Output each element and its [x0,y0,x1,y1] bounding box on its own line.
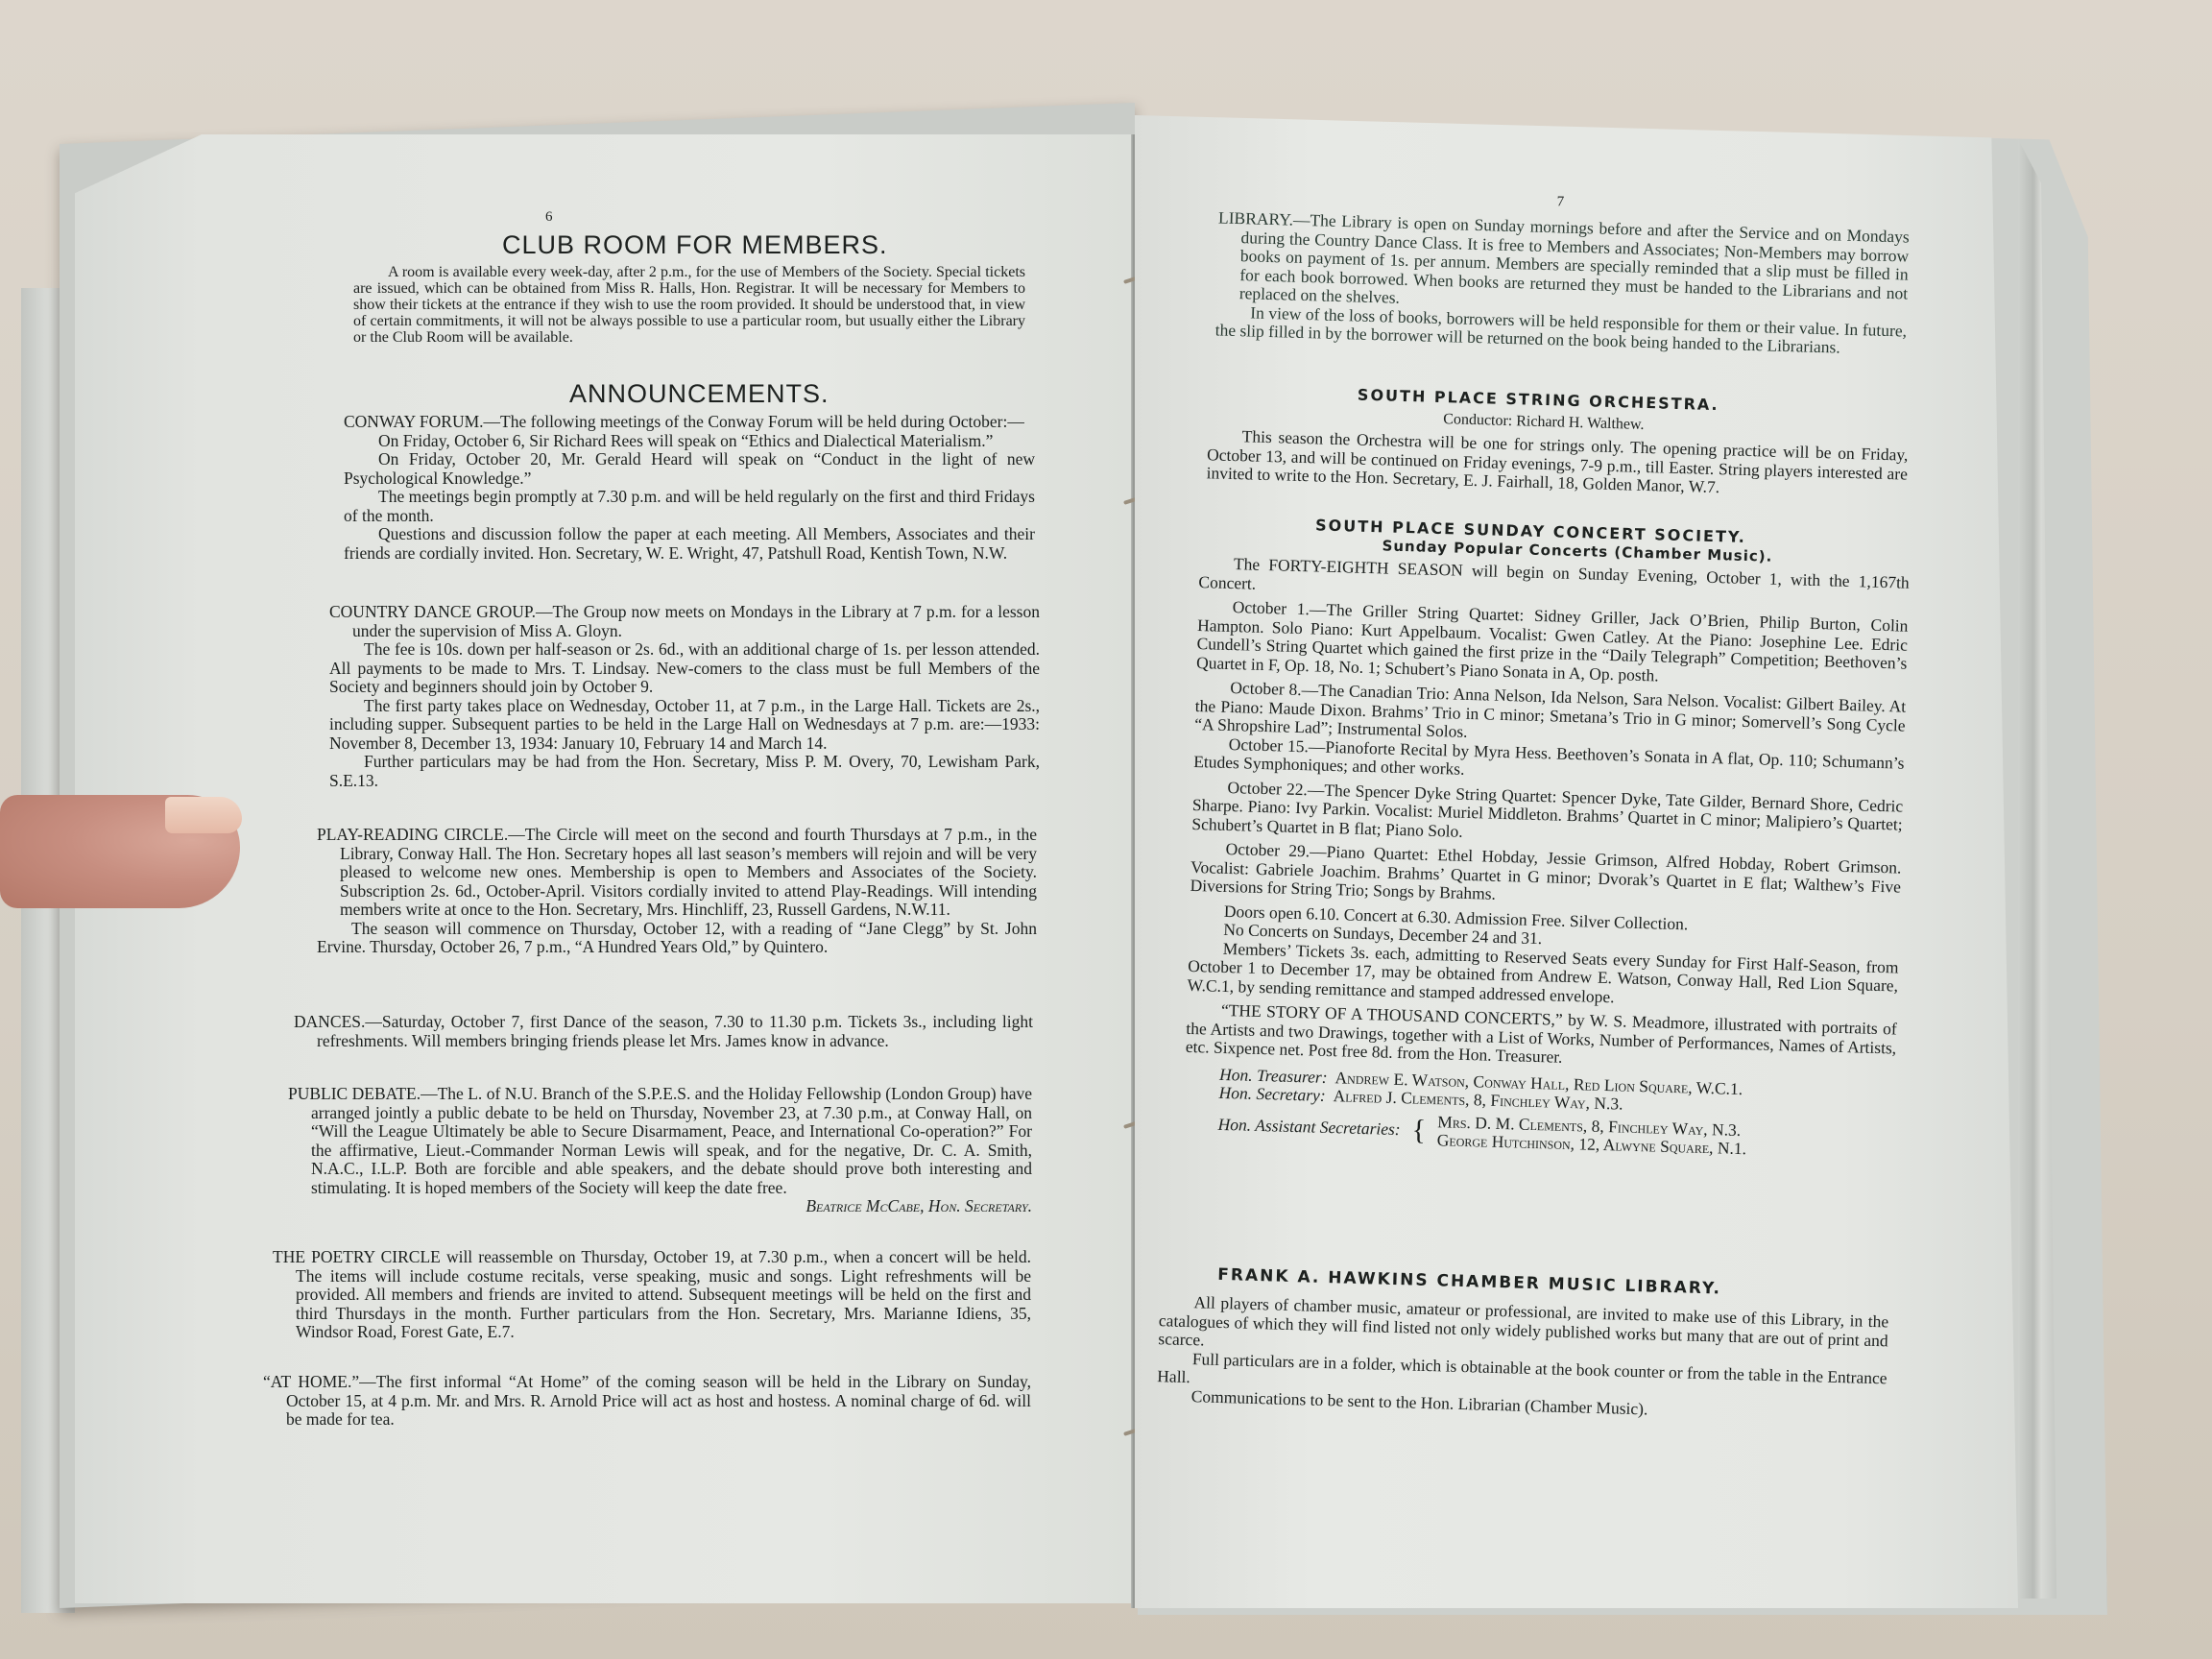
orchestra-conductor: Conductor: Richard H. Walthew. [1443,410,1645,434]
announcement-poetry-circle: THE POETRY CIRCLE will reassemble on Thu… [273,1248,1031,1342]
announcement-conway-forum: CONWAY FORUM.—The following meetings of … [344,413,1035,563]
hawkins-library-heading: FRANK A. HAWKINS CHAMBER MUSIC LIBRARY. [1217,1265,1721,1299]
page-number: 7 [1556,194,1564,210]
orchestra-body: This season the Orchestra will be one fo… [1206,426,1908,502]
hawkins-library-body: All players of chamber music, amateur or… [1157,1292,1889,1425]
orchestra-heading: SOUTH PLACE STRING ORCHESTRA. [1358,386,1719,415]
announcement-dances: DANCES.—Saturday, October 7, first Dance… [294,1013,1033,1050]
announcement-lead: CONWAY FORUM. [344,412,484,431]
library-notice: LIBRARY.—The Library is open on Sunday m… [1215,208,1911,359]
fingernail [165,797,242,833]
announcement-public-debate: PUBLIC DEBATE.—The L. of N.U. Branch of … [288,1085,1032,1216]
announcement-country-dance-group: COUNTRY DANCE GROUP.—The Group now meets… [329,603,1040,790]
announcements-heading: ANNOUNCEMENTS. [569,379,829,409]
open-booklet: 6 CLUB ROOM FOR MEMBERS. A room is avail… [0,0,2212,1659]
signature: Beatrice McCabe, Hon. Secretary. [805,1196,1032,1215]
announcement-play-reading-circle: PLAY-READING CIRCLE.—The Circle will mee… [317,826,1037,957]
club-room-heading: CLUB ROOM FOR MEMBERS. [502,230,888,260]
brace-glyph: { [1411,1116,1426,1144]
club-room-body: A room is available every week-day, afte… [353,264,1025,346]
concert-programme: The FORTY-EIGHTH SEASON will begin on Su… [1183,554,1910,1163]
right-page[interactable]: 7 LIBRARY.—The Library is open on Sunday… [1135,115,2018,1608]
announcement-at-home: “AT HOME.”—The first informal “At Home” … [263,1373,1031,1430]
page-number: 6 [545,209,553,226]
